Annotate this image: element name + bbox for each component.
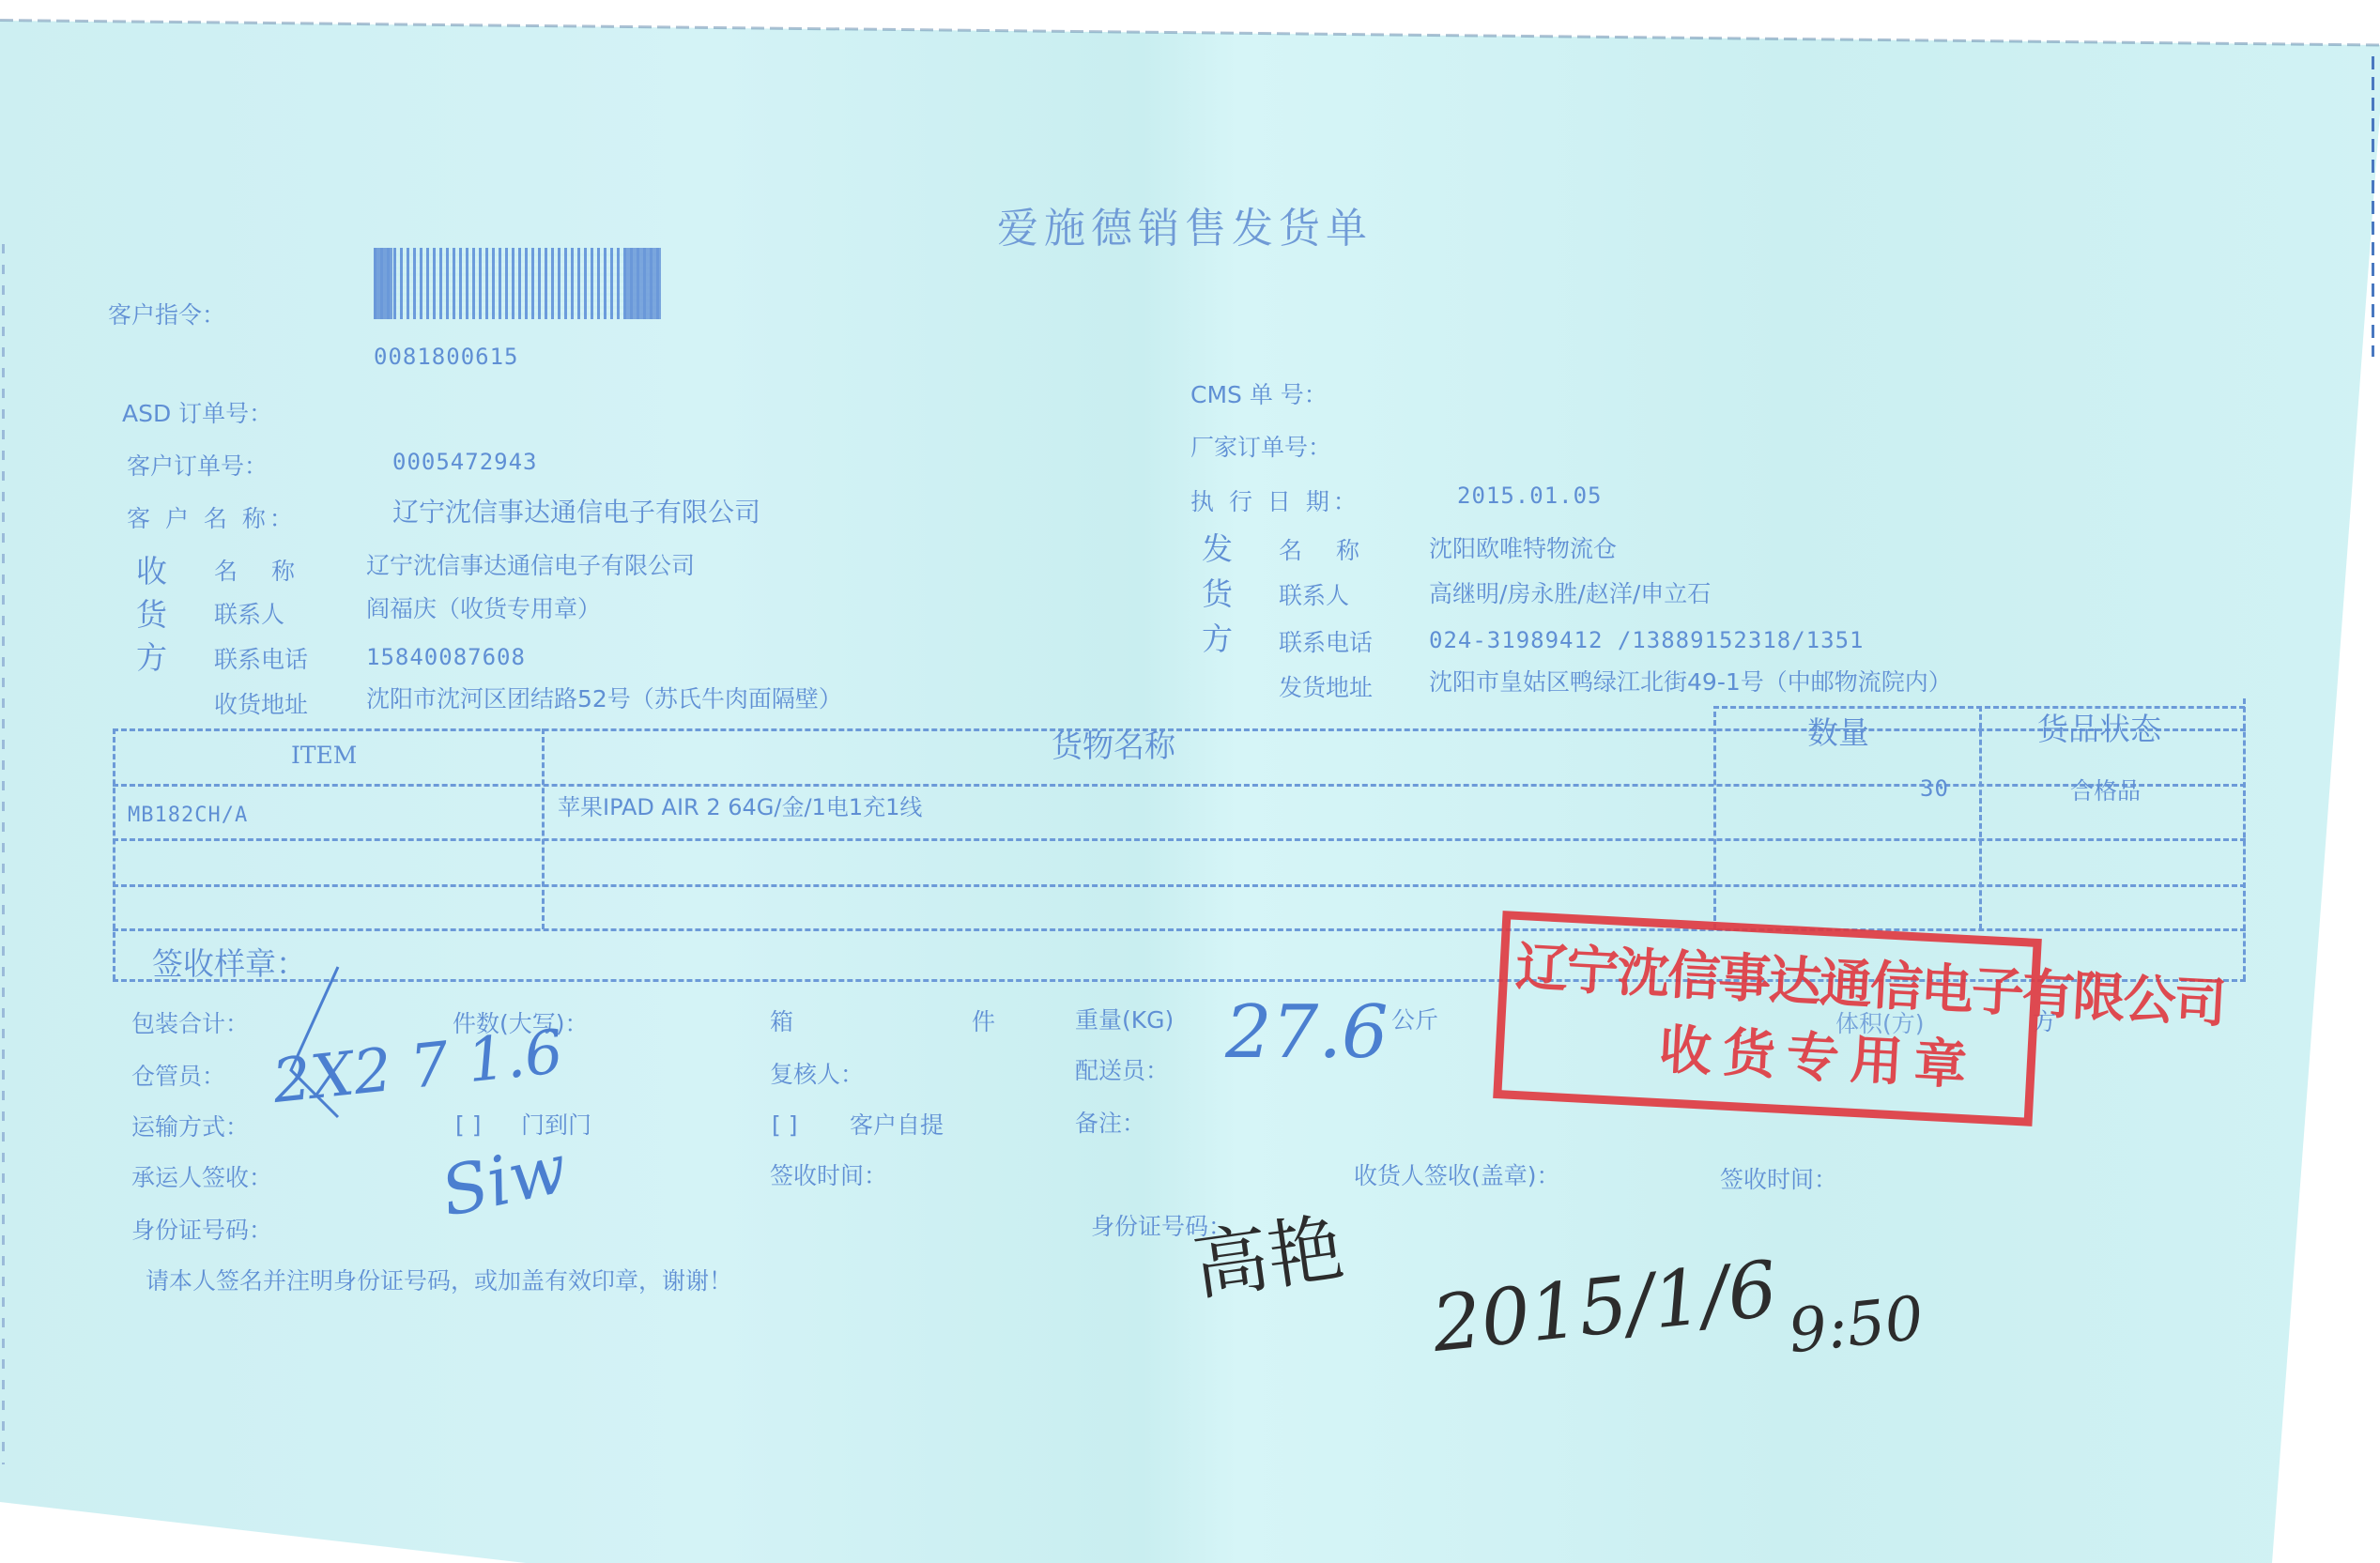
handwritten-stroke-icon bbox=[263, 967, 394, 1155]
table-col-divider bbox=[1713, 712, 1716, 929]
consignee-sign-time-label: 签收时间： bbox=[1720, 1168, 1837, 1191]
consignee-signature: 高艳 bbox=[1186, 1187, 1349, 1314]
customer-instruction-value: 0081800615 bbox=[374, 345, 519, 368]
exec-date-label: 执 行 日 期： bbox=[1190, 490, 1360, 513]
customer-name-value: 辽宁沈信事达通信电子有限公司 bbox=[392, 499, 760, 526]
consignee-contact-label: 联系人 bbox=[214, 603, 284, 626]
table-header-goods-name: 货物名称 bbox=[1052, 730, 1175, 761]
row-goods-name: 苹果IPAD AIR 2 64G/金/1电1充1线 bbox=[558, 796, 922, 819]
receipt-stamp: 辽宁沈信事达通信电子有限公司 收货专用章 bbox=[1493, 911, 2042, 1126]
door-to-door-checkbox[interactable]: [ ] bbox=[455, 1113, 481, 1137]
shipper-address-value: 沈阳市皇姑区鸭绿江北街49-1号（中邮物流院内） bbox=[1429, 670, 1952, 694]
sign-time-label: 签收时间： bbox=[770, 1164, 887, 1188]
stamp-purpose: 收货专用章 bbox=[1657, 1008, 1980, 1100]
consignee-phone-value: 15840087608 bbox=[366, 646, 526, 668]
table-border-top bbox=[113, 728, 2246, 731]
table-divider bbox=[113, 884, 2246, 887]
shipper-name-value: 沈阳欧唯特物流仓 bbox=[1429, 537, 1617, 560]
shipper-side-char-1: 发 bbox=[1202, 533, 1233, 564]
table-header-quantity: 数量 bbox=[1807, 717, 1869, 748]
customer-name-label: 客 户 名 称： bbox=[127, 507, 297, 530]
customer-order-label: 客户订单号： bbox=[127, 454, 268, 478]
warehouse-keeper-label: 仓管员： bbox=[131, 1065, 225, 1088]
consignee-address-value: 沈阳市沈河区团结路52号（苏氏牛肉面隔壁） bbox=[366, 687, 842, 711]
consignee-side-char-2: 货 bbox=[136, 599, 167, 630]
shipper-name-label: 名 称 bbox=[1279, 539, 1373, 562]
barcode-icon bbox=[374, 248, 661, 319]
transport-label: 运输方式： bbox=[131, 1115, 249, 1139]
table-header-item: ITEM bbox=[291, 743, 357, 767]
shipper-side-char-2: 货 bbox=[1202, 578, 1233, 609]
customer-instruction-label: 客户指令： bbox=[108, 303, 225, 327]
self-pickup-label: 客户自提 bbox=[850, 1113, 944, 1137]
consignee-side-char-1: 收 bbox=[136, 556, 167, 587]
piece-label: 件 bbox=[972, 1010, 995, 1034]
table-header-status: 货品状态 bbox=[2037, 713, 2161, 744]
consignee-name-value: 辽宁沈信事达通信电子有限公司 bbox=[366, 554, 695, 577]
table-border-right bbox=[2243, 698, 2246, 980]
handwritten-weight: 27.6 bbox=[1225, 990, 1389, 1075]
reviewer-label: 复核人： bbox=[770, 1063, 864, 1086]
consignee-address-label: 收货地址 bbox=[214, 693, 308, 716]
notice-text: 请本人签名并注明身份证号码，或加盖有效印章，谢谢！ bbox=[146, 1269, 732, 1293]
shipper-side-char-3: 方 bbox=[1202, 623, 1233, 654]
consignee-name-label: 名 称 bbox=[214, 559, 308, 583]
right-perforation bbox=[2372, 56, 2374, 357]
table-divider bbox=[113, 928, 2246, 931]
self-pickup-checkbox[interactable]: [ ] bbox=[772, 1113, 797, 1137]
cms-label: CMS 单 号： bbox=[1190, 383, 1328, 406]
shipper-contact-value: 高继明/房永胜/赵洋/申立石 bbox=[1429, 582, 1711, 605]
exec-date-value: 2015.01.05 bbox=[1457, 484, 1603, 507]
carrier-sign-label: 承运人签收： bbox=[131, 1166, 272, 1189]
box-label: 箱 bbox=[770, 1010, 793, 1034]
shipper-address-label: 发货地址 bbox=[1279, 676, 1373, 699]
customer-order-value: 0005472943 bbox=[392, 451, 538, 473]
row-item-code: MB182CH/A bbox=[128, 805, 248, 826]
table-border-left bbox=[113, 728, 115, 980]
delivery-person-label: 配送员： bbox=[1075, 1059, 1169, 1082]
asd-order-label: ASD 订单号： bbox=[122, 402, 272, 425]
table-header-top-right bbox=[1713, 706, 2245, 709]
id-number-label: 身份证号码： bbox=[131, 1218, 272, 1242]
document-title: 爱施德销售发货单 bbox=[997, 208, 1373, 250]
factory-order-label: 厂家订单号： bbox=[1190, 436, 1331, 459]
table-col-divider bbox=[1979, 706, 1982, 929]
received-time: 9:50 bbox=[1786, 1284, 1927, 1368]
weight-label: 重量(KG) bbox=[1075, 1008, 1174, 1032]
left-perforation bbox=[2, 244, 5, 1464]
consignee-phone-label: 联系电话 bbox=[214, 648, 308, 671]
packing-total-label: 包装合计： bbox=[131, 1012, 249, 1035]
consignee-side-char-3: 方 bbox=[136, 642, 167, 673]
shipper-phone-value: 024-31989412 /13889152318/1351 bbox=[1429, 629, 1864, 651]
row-status: 合格品 bbox=[2070, 779, 2141, 803]
row-quantity: 30 bbox=[1920, 777, 1949, 800]
table-divider bbox=[113, 838, 2246, 841]
weight-unit: 公斤 bbox=[1391, 1008, 1438, 1032]
consignee-sign-label: 收货人签收(盖章)： bbox=[1354, 1164, 1560, 1188]
shipper-contact-label: 联系人 bbox=[1279, 584, 1349, 607]
table-col-divider bbox=[542, 728, 545, 929]
remarks-label: 备注： bbox=[1075, 1111, 1145, 1135]
shipper-phone-label: 联系电话 bbox=[1279, 631, 1373, 654]
consignee-contact-value: 阎福庆（收货专用章） bbox=[366, 597, 601, 621]
